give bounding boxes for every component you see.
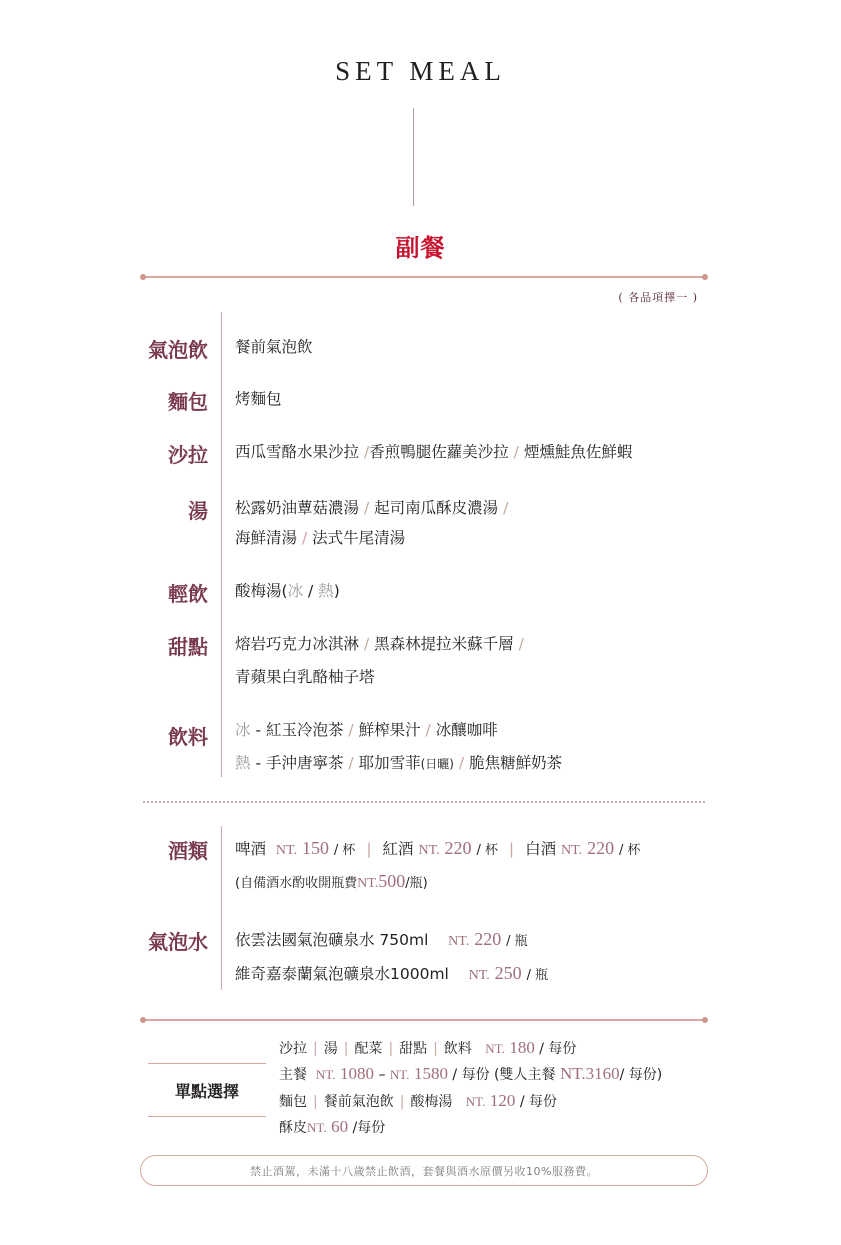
course-item: 西瓜雪酪水果沙拉 /香煎鴨腿佐蘿美沙拉 / 煙燻鮭魚佐鮮蝦 bbox=[235, 435, 632, 469]
category-light-drink: 輕飲 bbox=[128, 578, 208, 607]
a-la-carte-row: 酥皮NT. 60 /每份 bbox=[279, 1114, 385, 1142]
dotted-divider bbox=[143, 801, 705, 803]
category-alcohol: 酒類 bbox=[128, 835, 208, 864]
category-salad: 沙拉 bbox=[128, 439, 208, 468]
category-sparkling-water: 氣泡水 bbox=[128, 926, 208, 955]
alcohol-prices: 啤酒 NT. 150 / 杯 | 紅酒 NT. 220 / 杯 | 白酒 NT.… bbox=[235, 831, 641, 868]
course-item: 熔岩巧克力冰淇淋 / 黑森林提拉米蘇千層 / bbox=[235, 627, 524, 661]
a-la-carte-row: 主餐 NT. 1080 – NT. 1580 / 每份 (雙人主餐 NT.316… bbox=[279, 1061, 662, 1089]
a-la-carte-row: 麵包|餐前氣泡飲|酸梅湯 NT. 120 / 每份 bbox=[279, 1088, 557, 1116]
section-title: 副餐 bbox=[0, 228, 841, 263]
section-rule-bottom bbox=[143, 1019, 705, 1021]
choose-one-note: ( 各品項擇一 ) bbox=[618, 289, 698, 305]
course-item: 餐前氣泡飲 bbox=[235, 330, 313, 364]
course-item: 松露奶油蕈菇濃湯 / 起司南瓜酥皮濃湯 / bbox=[235, 491, 508, 525]
course-item: 酸梅湯(冰 / 熱) bbox=[235, 574, 340, 608]
page-title: SET MEAL bbox=[0, 56, 841, 87]
section-rule-top bbox=[143, 276, 705, 278]
footer-text: 禁止酒駕，未滿十八歲禁止飲酒，套餐與酒水原價另收10%服務費。 bbox=[250, 1163, 598, 1179]
drinks-divider bbox=[221, 826, 222, 990]
a-la-carte-label: 單點選擇 bbox=[148, 1063, 266, 1117]
category-dessert: 甜點 bbox=[128, 631, 208, 660]
course-item: 烤麵包 bbox=[235, 382, 282, 416]
courses-divider bbox=[221, 312, 222, 777]
category-sparkling-drink: 氣泡飲 bbox=[128, 334, 208, 363]
sparkling-water-item: 維奇嘉泰蘭氣泡礦泉水1000ml NT. 250 / 瓶 bbox=[235, 956, 548, 993]
category-beverage: 飲料 bbox=[128, 721, 208, 750]
footer-notice: 禁止酒駕，未滿十八歲禁止飲酒，套餐與酒水原價另收10%服務費。 bbox=[140, 1155, 708, 1186]
category-soup: 湯 bbox=[128, 495, 208, 524]
course-item: 海鮮清湯 / 法式牛尾清湯 bbox=[235, 521, 405, 555]
a-la-carte-row: 沙拉|湯|配菜|甜點|飲料 NT. 180 / 每份 bbox=[279, 1035, 576, 1063]
title-divider bbox=[413, 108, 414, 206]
corkage-note: (自備酒水酌收開瓶費NT.500/瓶) bbox=[235, 864, 428, 901]
hot-drinks: 熱 - 手沖唐寧茶 / 耶加雪菲(日曬) / 脆焦糖鮮奶茶 bbox=[235, 746, 562, 781]
category-bread: 麵包 bbox=[128, 386, 208, 415]
cold-drinks: 冰 - 紅玉冷泡茶 / 鮮榨果汁 / 冰釀咖啡 bbox=[235, 713, 498, 747]
sparkling-water-item: 依雲法國氣泡礦泉水 750ml NT. 220 / 瓶 bbox=[235, 922, 528, 959]
course-item: 青蘋果白乳酪柚子塔 bbox=[235, 660, 375, 694]
